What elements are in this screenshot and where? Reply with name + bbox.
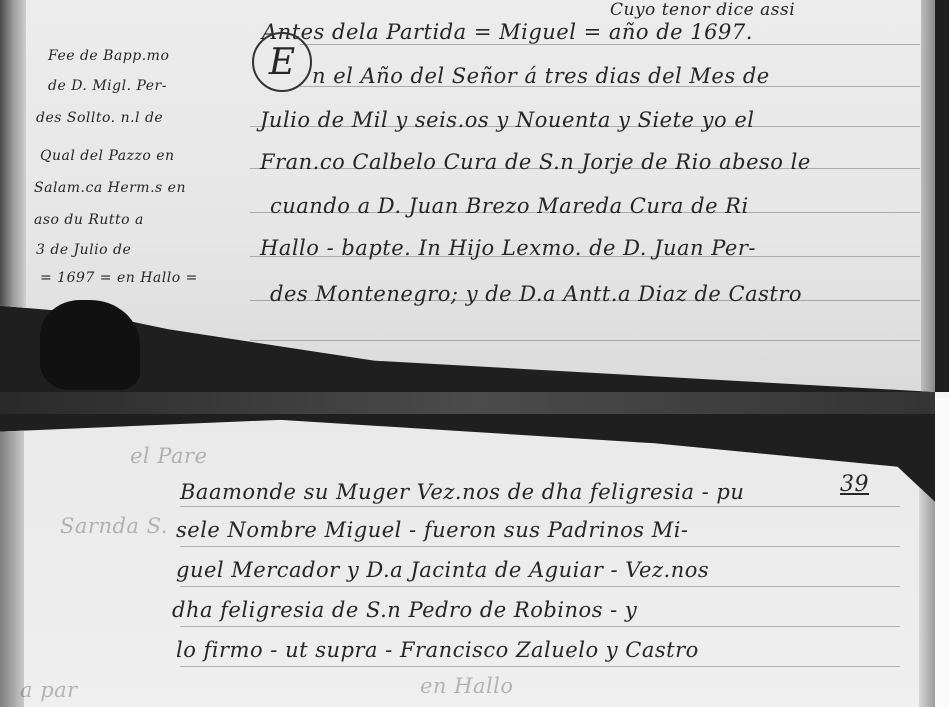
register-page-bottom: el Pare Sarnda S. en Hallo a par 39 Baam… [0, 414, 935, 707]
entry-line: Julio de Mil y seis.os y Nouenta y Siete… [260, 108, 754, 132]
margin-note-line: Qual del Pazzo en [40, 148, 175, 164]
margin-note-line: 3 de Julio de [36, 242, 131, 258]
ruled-line [180, 546, 900, 547]
folio-number: 39 [840, 472, 869, 497]
entry-line: des Montenegro; y de D.a Antt.a Diaz de … [270, 282, 802, 306]
scan-gap [0, 392, 949, 414]
margin-note-line: Salam.ca Herm.s en [34, 180, 186, 196]
entry-header: Antes dela Partida = Miguel = año de 169… [262, 20, 753, 44]
manuscript-scan: Cuyo tenor dice assi Antes dela Partida … [0, 0, 949, 707]
entry-line: guel Mercador y D.a Jacinta de Aguiar - … [176, 558, 709, 582]
page-edge [921, 0, 935, 392]
register-page-top: Cuyo tenor dice assi Antes dela Partida … [0, 0, 935, 392]
book-spine-shadow [0, 414, 24, 707]
entry-line: Baamonde su Muger Vez.nos de dha feligre… [180, 480, 744, 504]
entry-line: sele Nombre Miguel - fueron sus Padrinos… [176, 518, 689, 542]
scan-border [935, 398, 949, 707]
bleedthrough-text: Sarnda S. [60, 514, 168, 538]
bleedthrough-text: a par [20, 678, 78, 702]
header-fragment: Cuyo tenor dice assi [610, 0, 795, 20]
bleedthrough-text: el Pare [130, 444, 208, 468]
ruled-line [300, 44, 920, 45]
margin-note-line: aso du Rutto a [34, 212, 144, 228]
entry-line: n el Año del Señor á tres dias del Mes d… [312, 64, 770, 88]
entry-line: cuando a D. Juan Brezo Mareda Cura de Ri [270, 194, 749, 218]
entry-line: Fran.co Calbelo Cura de S.n Jorje de Rio… [260, 150, 811, 174]
margin-note-line: = 1697 = en Hallo = [40, 270, 198, 286]
ruled-line [180, 586, 900, 587]
ruled-line [180, 506, 900, 507]
margin-note-line: de D. Migl. Per- [48, 78, 167, 94]
entry-line: lo firmo - ut supra - Francisco Zaluelo … [176, 638, 699, 662]
decorated-initial: E [252, 32, 312, 92]
bleedthrough-text: en Hallo [420, 674, 514, 698]
entry-line: Hallo - bapte. In Hijo Lexmo. de D. Juan… [260, 236, 756, 260]
ruled-line [180, 626, 900, 627]
binding-shadow [40, 300, 140, 390]
ruled-line [180, 666, 900, 667]
margin-note-line: Fee de Bapp.mo [48, 48, 169, 64]
ruled-line [250, 340, 920, 341]
page-edge [919, 474, 935, 707]
margin-note-line: des Sollto. n.l de [36, 110, 163, 126]
entry-line: dha feligresia de S.n Pedro de Robinos -… [172, 598, 637, 622]
book-spine-shadow [0, 0, 26, 320]
